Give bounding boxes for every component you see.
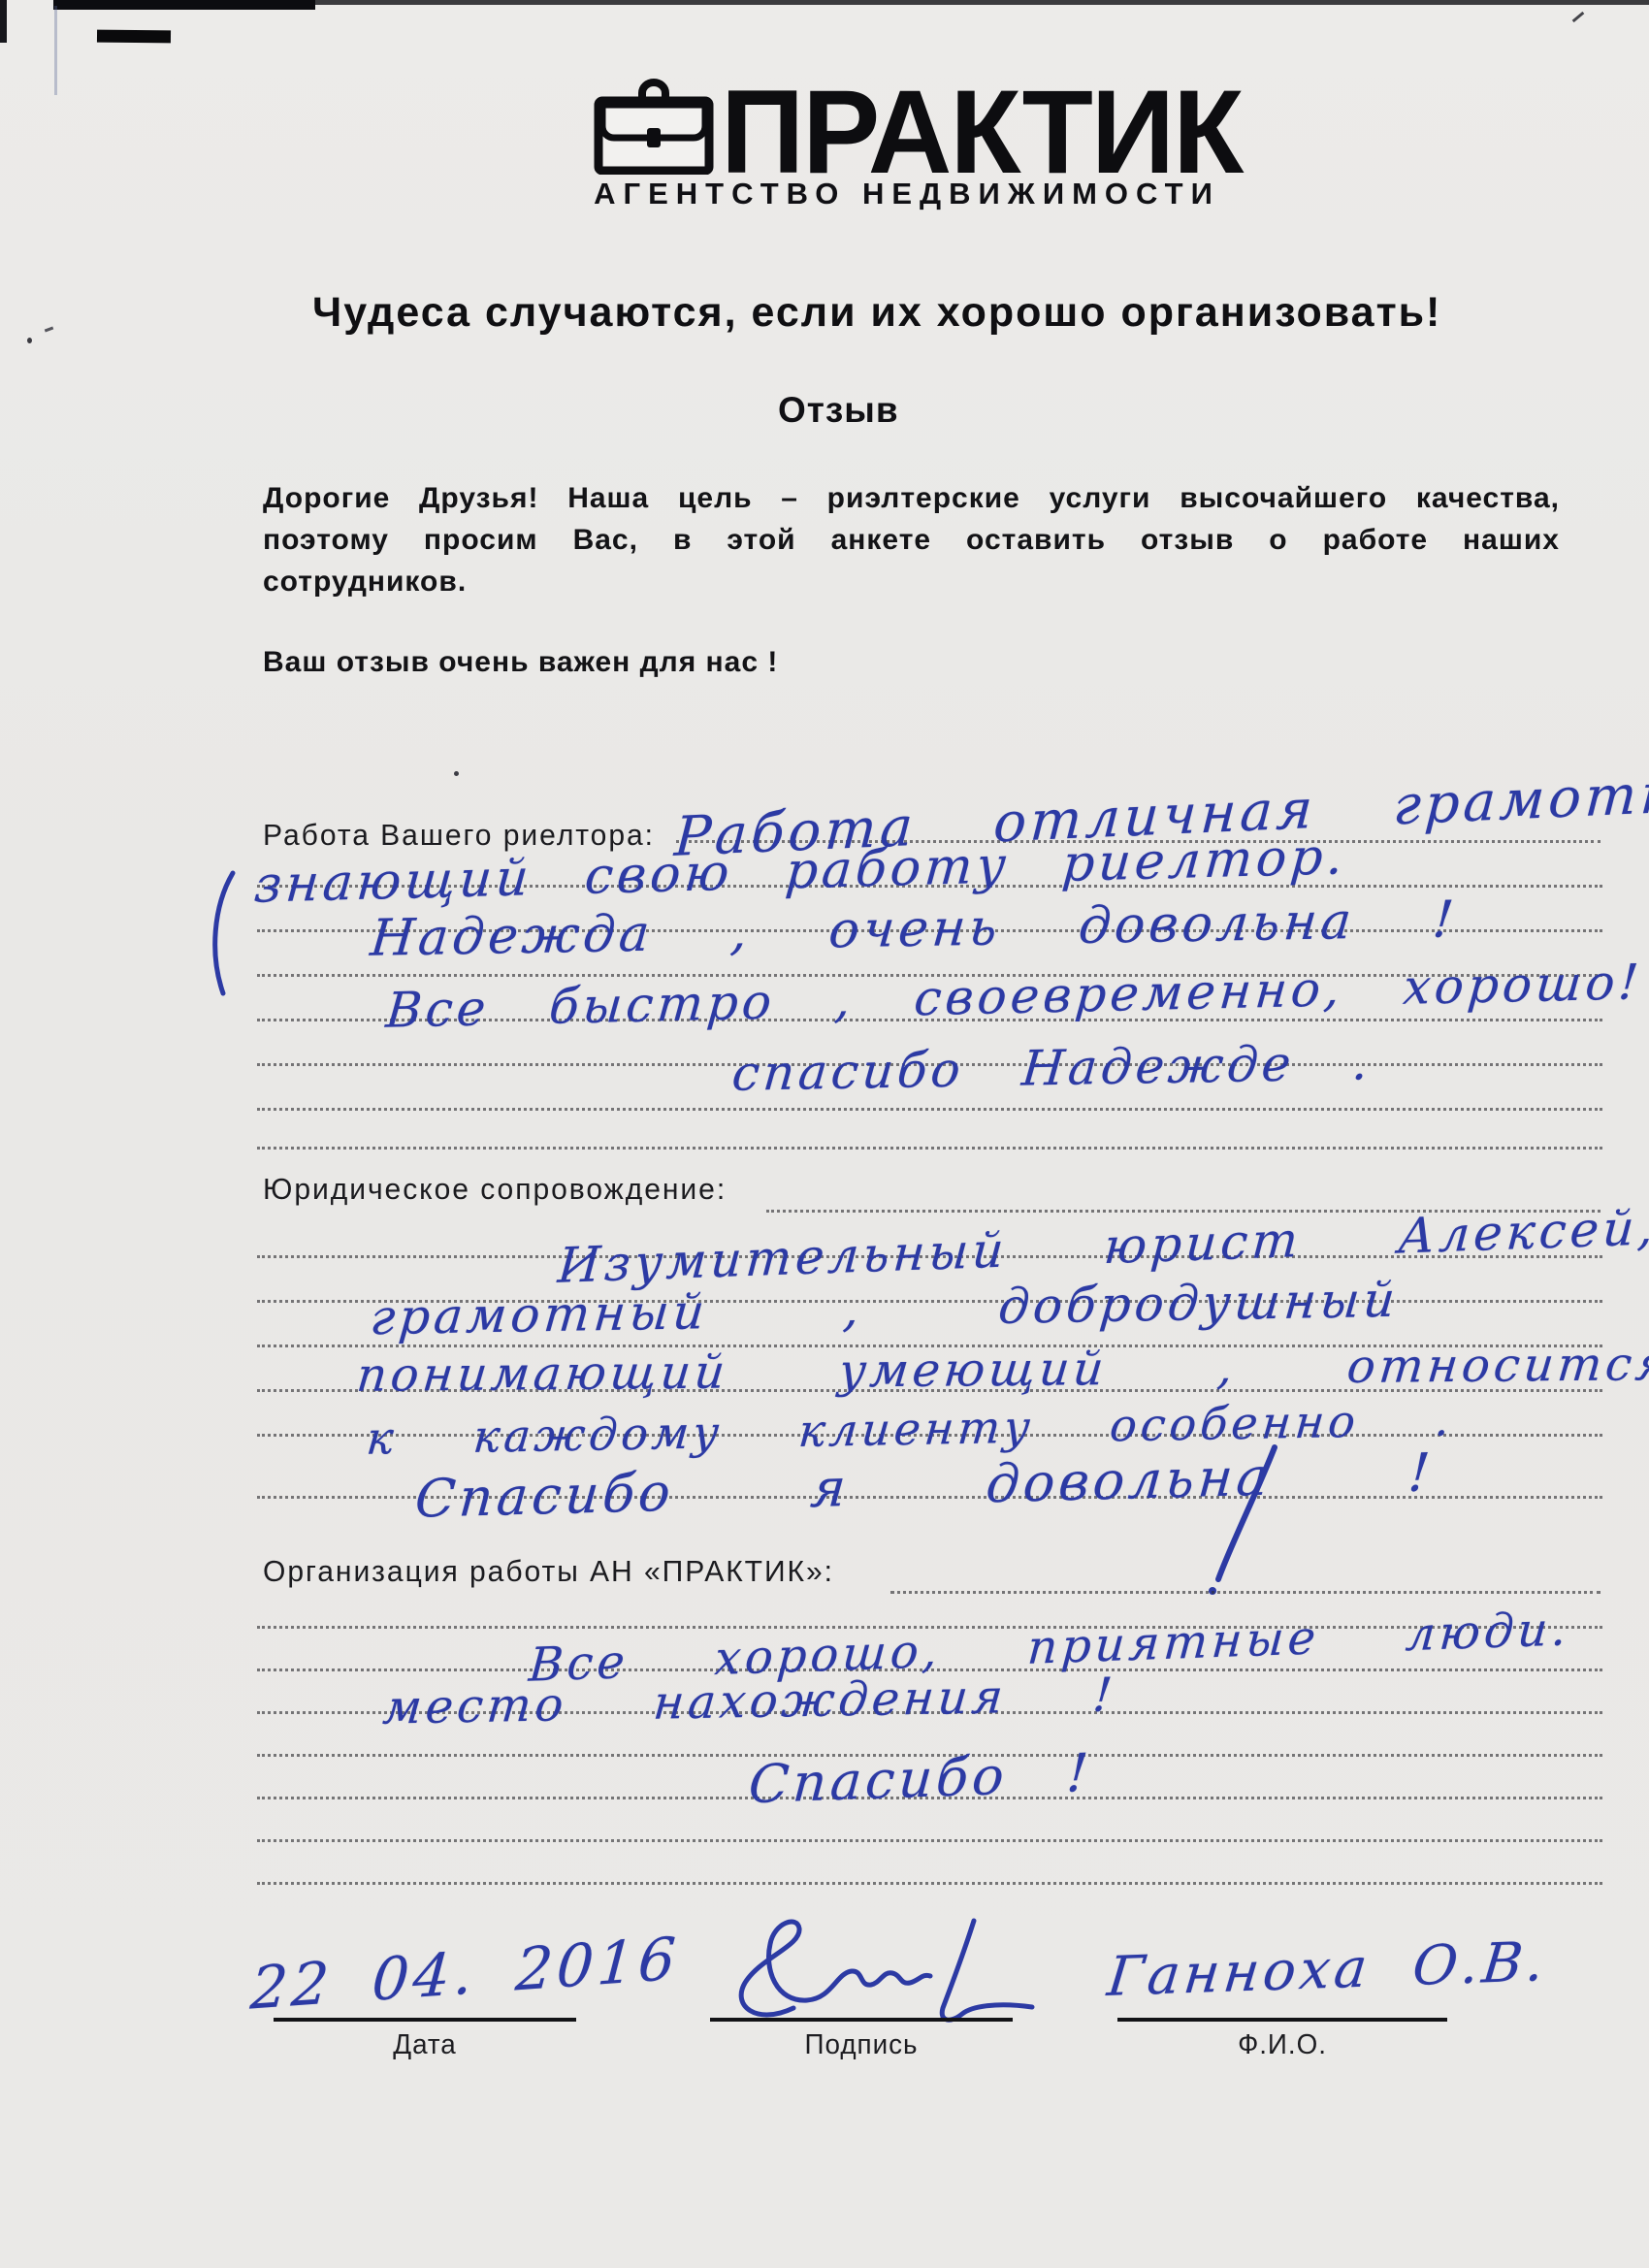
- handwritten-answer: Все быстро , своевременно, хорошо!: [384, 954, 1644, 1039]
- handwritten-date: 22 04. 2016: [248, 1925, 681, 2023]
- scan-streak: [54, 6, 57, 95]
- dotted-answer-line: [257, 1839, 1602, 1842]
- date-label: Дата: [279, 2029, 570, 2061]
- field-label-legal: Юридическое сопровождение:: [263, 1172, 727, 1207]
- scan-edge-left: [0, 0, 7, 43]
- date-line: [274, 2018, 576, 2022]
- handwritten-answer: место нахождения !: [381, 1668, 1118, 1734]
- name-label: Ф.И.О.: [1124, 2029, 1440, 2061]
- signature: [716, 1917, 1041, 2028]
- handwritten-name: Ганноха О.В.: [1105, 1930, 1551, 2009]
- scan-edge-top-thick: [53, 0, 315, 10]
- importance-note: Ваш отзыв очень важен для нас !: [263, 646, 778, 679]
- briefcase-icon: [594, 78, 714, 175]
- pen-stroke-artifact: [202, 869, 244, 997]
- dotted-answer-line: [890, 1591, 1600, 1594]
- dotted-answer-line: [257, 1147, 1602, 1150]
- field-label-organization: Организация работы АН «ПРАКТИК»:: [263, 1554, 834, 1589]
- scan-speck: [45, 327, 53, 333]
- dotted-answer-line: [257, 1882, 1602, 1885]
- handwritten-answer: спасибо Надежде .: [730, 1034, 1374, 1102]
- scan-speck: [454, 771, 459, 776]
- signature-label: Подпись: [716, 2029, 1007, 2061]
- scan-corner-tick: [1572, 12, 1585, 22]
- pen-stroke-artifact: [1199, 1442, 1286, 1597]
- handwritten-answer: Спасибо !: [747, 1742, 1094, 1816]
- slogan: Чудеса случаются, если их хорошо организ…: [312, 289, 1441, 337]
- page-title: Отзыв: [778, 390, 899, 431]
- scanned-feedback-form: ПРАКТИК АГЕНТСТВО НЕДВИЖИМОСТИ Чудеса сл…: [0, 0, 1649, 2268]
- brand-tagline: АГЕНТСТВО НЕДВИЖИМОСТИ: [592, 177, 1222, 211]
- intro-paragraph: Дорогие Друзья! Наша цель – риэлтерские …: [263, 477, 1560, 602]
- scan-black-bar: [97, 30, 171, 44]
- handwritten-answer: грамотный , добродушный: [369, 1272, 1402, 1346]
- signature-line: [710, 2018, 1013, 2022]
- dotted-answer-line: [257, 1108, 1602, 1111]
- name-line: [1117, 2018, 1447, 2022]
- scan-speck: [27, 338, 32, 343]
